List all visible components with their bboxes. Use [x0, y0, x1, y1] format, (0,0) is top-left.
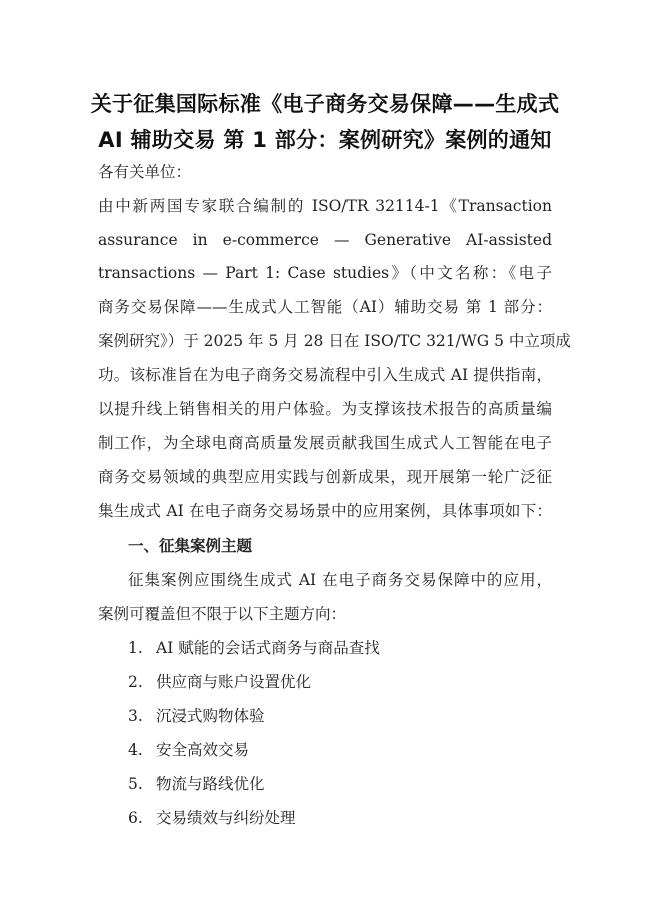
list-item-number: 4.	[128, 738, 156, 762]
section-paragraph-line: 征集案例应围绕生成式 AI 在电子商务交易保障中的应用，	[128, 568, 552, 592]
list-item-text: 交易绩效与纠纷处理	[156, 809, 296, 827]
document-title-line-1: 关于征集国际标准《电子商务交易保障——生成式	[60, 88, 590, 118]
list-item-text: 沉浸式购物体验	[156, 707, 265, 725]
section-paragraph-line: 案例可覆盖但不限于以下主题方向：	[98, 602, 552, 626]
list-item: 5.物流与路线优化	[128, 772, 582, 796]
section-heading: 一、征集案例主题	[128, 534, 552, 558]
list-item-text: AI 赋能的会话式商务与商品查找	[156, 639, 380, 657]
intro-line: 商务交易领域的典型应用实践与创新成果，现开展第一轮广泛征	[98, 465, 552, 489]
intro-line: 制工作，为全球电商高质量发展贡献我国生成式人工智能在电子	[98, 431, 552, 455]
document-page: 关于征集国际标准《电子商务交易保障——生成式 AI 辅助交易 第 1 部分：案例…	[0, 0, 650, 919]
intro-line: 案例研究》）于 2025 年 5 月 28 日在 ISO/TC 321/WG 5…	[98, 329, 552, 353]
salutation: 各有关单位：	[98, 160, 552, 184]
intro-line: assurance in e-commerce — Generative AI-…	[98, 228, 552, 252]
intro-line: 商务交易保障——生成式人工智能（AI）辅助交易 第 1 部分：	[98, 295, 552, 319]
list-item-number: 5.	[128, 772, 156, 796]
list-item: 1.AI 赋能的会话式商务与商品查找	[128, 636, 582, 660]
intro-line: 集生成式 AI 在电子商务交易场景中的应用案例，具体事项如下：	[98, 499, 552, 523]
intro-line: 以提升线上销售相关的用户体验。为支撑该技术报告的高质量编	[98, 397, 552, 421]
list-item: 2.供应商与账户设置优化	[128, 670, 582, 694]
list-item: 4.安全高效交易	[128, 738, 582, 762]
list-item-number: 6.	[128, 806, 156, 830]
intro-line: 功。该标准旨在为电子商务交易流程中引入生成式 AI 提供指南，	[98, 363, 552, 387]
document-title-line-2: AI 辅助交易 第 1 部分：案例研究》案例的通知	[60, 124, 590, 154]
list-item-text: 物流与路线优化	[156, 775, 265, 793]
list-item-text: 供应商与账户设置优化	[156, 673, 311, 691]
list-item: 6.交易绩效与纠纷处理	[128, 806, 582, 830]
list-item-number: 2.	[128, 670, 156, 694]
list-item-text: 安全高效交易	[156, 741, 249, 759]
list-item: 3.沉浸式购物体验	[128, 704, 582, 728]
intro-line: 由中新两国专家联合编制的 ISO/TR 32114-1《Transaction	[98, 194, 552, 218]
list-item-number: 1.	[128, 636, 156, 660]
list-item-number: 3.	[128, 704, 156, 728]
intro-line: transactions — Part 1: Case studies》（中文名…	[98, 261, 552, 285]
